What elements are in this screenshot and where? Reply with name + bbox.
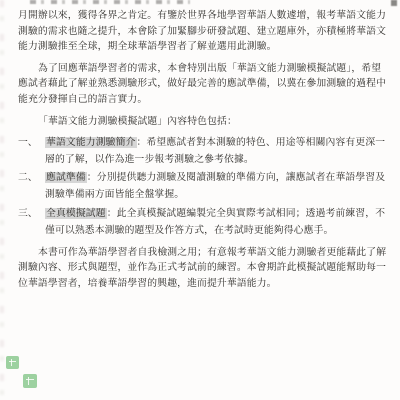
left-edge-scan-smudge — [0, 0, 4, 400]
feature-list: 一、 華語文能力測驗簡介：希望應試者對本測驗的特色、用途等相關內容有更深一 層的… — [18, 134, 385, 239]
text-line: 月開辦以來，獲得各界之肯定。有鑒於世界各地學習華語人數遽增，報考華語文能力 — [18, 8, 385, 24]
paragraph-test-promotion: 月開辦以來，獲得各界之肯定。有鑒於世界各地學習華語人數遽增，報考華語文能力 測驗… — [18, 8, 385, 55]
item-text: 分別提供聽力測驗及閱讀測驗的準備方向，讓應試者在華語學習及 — [97, 172, 385, 183]
features-intro-line: 「華語文能力測驗模擬試題」內容特色包括： — [18, 114, 385, 130]
text-line: 「華語文能力測驗模擬試題」內容特色包括： — [18, 114, 385, 130]
text-line: 能充分發揮自己的語言實力。 — [18, 92, 385, 108]
item-term-highlight: 華語文能力測驗簡介 — [45, 137, 137, 148]
item-text: 此全真模擬試題編製完全與實際考試相同；透過考前練習，不 — [117, 208, 386, 219]
feature-item-mock-test: 三、 全真模擬試題：此全真模擬試題編製完全與實際考試相同；透過考前練習，不 僅可… — [18, 205, 385, 239]
text-line: 華語文能力測驗簡介：希望應試者對本測驗的特色、用途等相關內容有更深一 — [45, 134, 385, 151]
text-line: 應試準備：分別提供聽力測驗及閱讀測驗的準備方向，讓應試者在華語學習及 — [45, 169, 385, 186]
clipped-top-text-speck — [391, 0, 397, 6]
paragraph-publication-purpose: 為了回應華語學習者的需求，本會特別出版「華語文能力測驗模擬試題」，希望 應試者藉… — [18, 61, 385, 108]
item-separator: ： — [87, 172, 97, 183]
text-line: 為了回應華語學習者的需求，本會特別出版「華語文能力測驗模擬試題」，希望 — [18, 61, 385, 77]
document-text-column: 月開辦以來，獲得各界之肯定。有鑒於世界各地學習華語人數遽增，報考華語文能力 測驗… — [18, 0, 385, 291]
item-text: 希望應試者對本測驗的特色、用途等相關內容有更深一 — [146, 137, 385, 148]
feature-item-preparation: 二、 應試準備：分別提供聽力測驗及閱讀測驗的準備方向，讓應試者在華語學習及 測驗… — [18, 169, 385, 203]
item-term-highlight: 全真模擬試題 — [45, 208, 107, 219]
green-stamp-mark — [23, 374, 37, 388]
paragraph-closing: 本書可作為華語學習者自我檢測之用；有意報考華語文能力測驗者更能藉此了解 測驗內容… — [18, 245, 385, 292]
text-line: 測驗準備兩方面皆能全盤掌握。 — [45, 186, 385, 203]
green-stamp-mark — [6, 356, 19, 369]
stamp-inner-mark — [9, 359, 16, 366]
text-line: 層的了解，以作為進一步報考測驗之參考依據。 — [45, 151, 385, 168]
feature-item-introduction: 一、 華語文能力測驗簡介：希望應試者對本測驗的特色、用途等相關內容有更深一 層的… — [18, 134, 385, 168]
text-line: 僅可以熟悉本測驗的題型及作答方式，在考試時更能夠得心應手。 — [45, 222, 385, 239]
text-line: 測驗的需求也隨之提升，本會除了加緊腳步研發試題、建立題庫外，亦積極將華語文 — [18, 24, 385, 40]
scanned-document-page: 月開辦以來，獲得各界之肯定。有鑒於世界各地學習華語人數遽增，報考華語文能力 測驗… — [0, 0, 400, 400]
text-line: 應試者藉此了解並熟悉測驗形式，做好最完善的應試準備，以冀在參加測驗的過程中 — [18, 76, 385, 92]
text-line: 位華語學習者，培養華語學習的興趣，進而提升華語能力。 — [18, 276, 385, 292]
item-separator: ： — [107, 208, 117, 219]
text-line: 全真模擬試題：此全真模擬試題編製完全與實際考試相同；透過考前練習，不 — [45, 205, 385, 222]
text-line: 能力測驗推至全球，期全球華語學習者了解並選用此測驗。 — [18, 39, 385, 55]
item-number: 一、 — [18, 134, 38, 151]
text-line: 測驗內容、形式與題型，並作為正式考試前的練習。本會期許此模擬試題能幫助每一 — [18, 260, 385, 276]
item-term-highlight: 應試準備 — [45, 172, 87, 183]
text-line: 本書可作為華語學習者自我檢測之用；有意報考華語文能力測驗者更能藉此了解 — [18, 245, 385, 261]
item-separator: ： — [137, 137, 147, 148]
stamp-inner-mark — [26, 377, 34, 385]
item-number: 三、 — [18, 205, 38, 222]
item-number: 二、 — [18, 169, 38, 186]
